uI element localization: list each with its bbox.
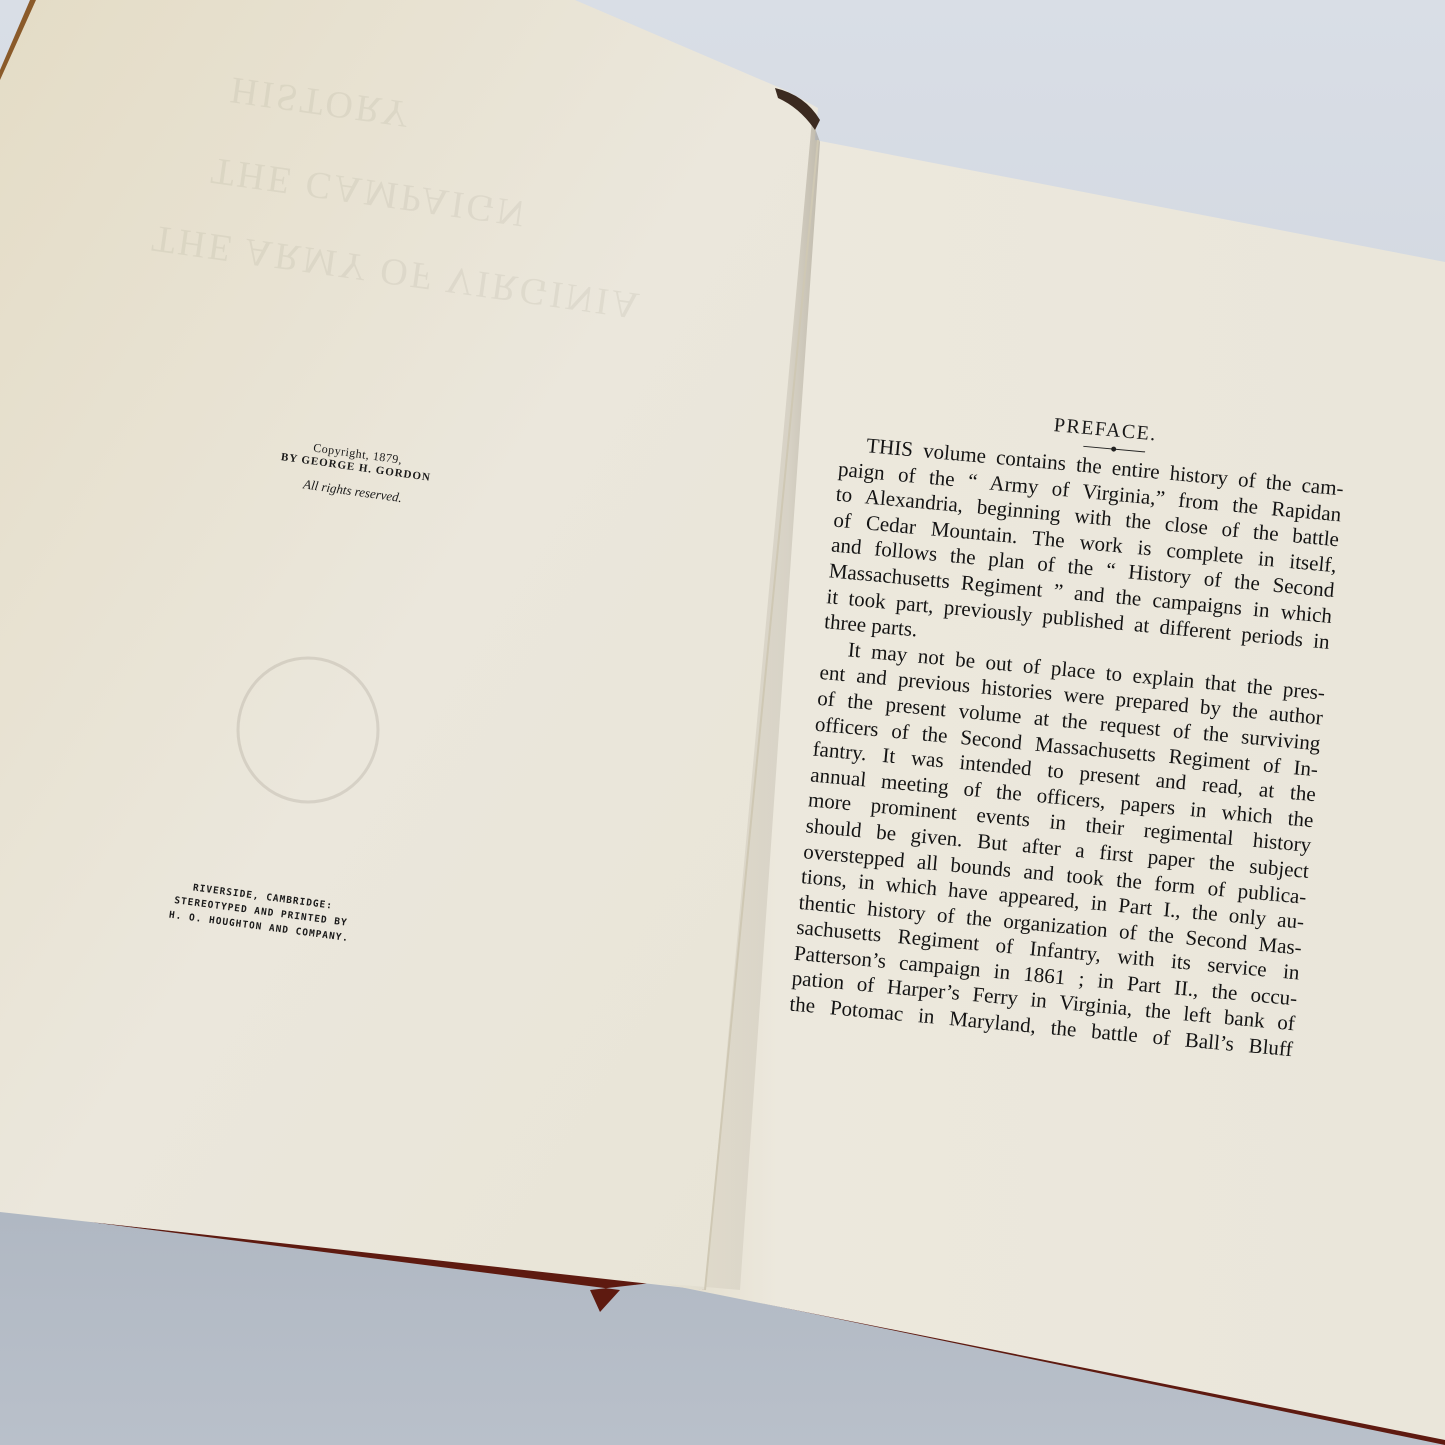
ornament-rule — [1083, 446, 1145, 453]
preface-section: PREFACE. THIS volume contains the entire… — [788, 395, 1348, 1063]
preface-paragraph-2: It may not be out of place to explain th… — [788, 635, 1326, 1063]
photo-scene: HISTORY THE CAMPAIGN THE ARMY OF VIRGINI… — [0, 0, 1445, 1445]
